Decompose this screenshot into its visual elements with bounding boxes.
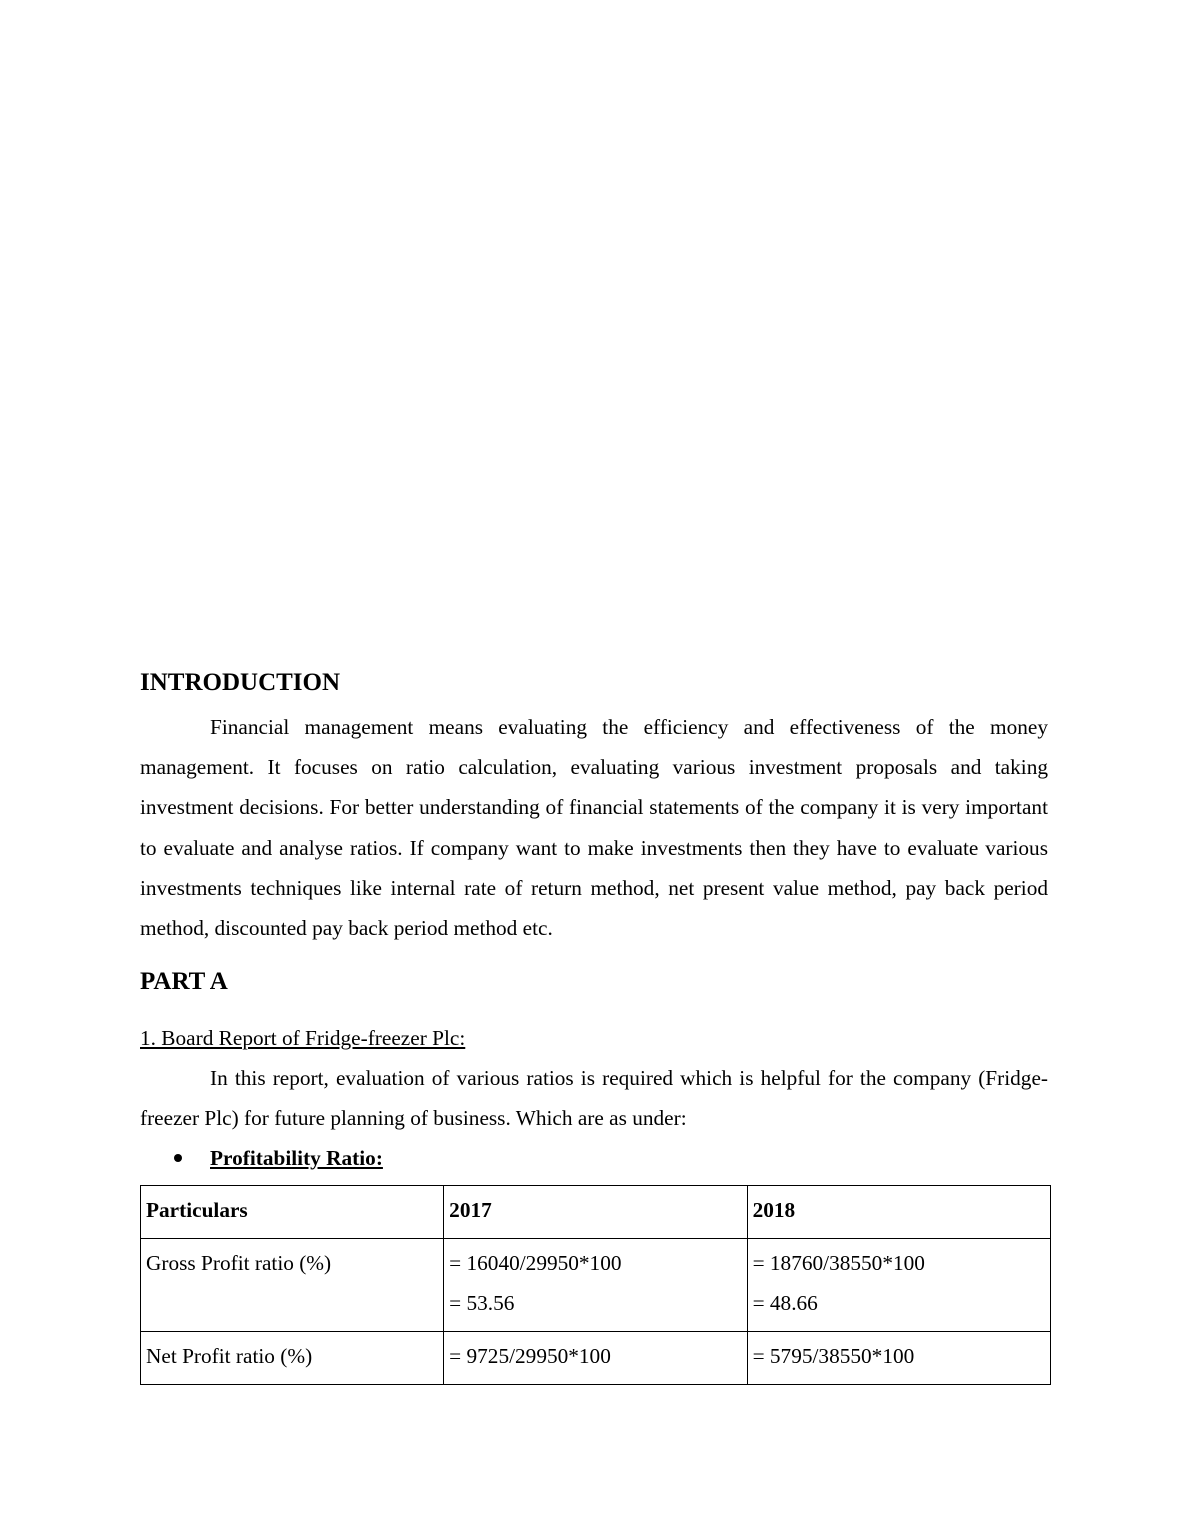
table-row: Gross Profit ratio (%) = 16040/29950*100… bbox=[141, 1239, 1051, 1332]
bullet-item-label: Profitability Ratio: bbox=[210, 1145, 383, 1171]
bullet-icon bbox=[174, 1154, 182, 1162]
board-report-section-title: 1. Board Report of Fridge-freezer Plc: bbox=[140, 1025, 465, 1051]
formula: = 5795/38550*100 bbox=[753, 1336, 1045, 1376]
board-report-paragraph: In this report, evaluation of various ra… bbox=[140, 1058, 1048, 1138]
cell-net-profit-2018: = 5795/38550*100 bbox=[747, 1332, 1050, 1385]
formula: = 9725/29950*100 bbox=[449, 1336, 741, 1376]
cell-gross-profit-2018: = 18760/38550*100 = 48.66 bbox=[747, 1239, 1050, 1332]
introduction-paragraph-text: Financial management means evaluating th… bbox=[140, 715, 1048, 940]
row-label-gross-profit: Gross Profit ratio (%) bbox=[141, 1239, 444, 1332]
introduction-paragraph: Financial management means evaluating th… bbox=[140, 707, 1048, 948]
cell-gross-profit-2017: = 16040/29950*100 = 53.56 bbox=[444, 1239, 747, 1332]
header-particulars: Particulars bbox=[141, 1186, 444, 1239]
formula: = 16040/29950*100 bbox=[449, 1243, 741, 1283]
board-report-paragraph-text: In this report, evaluation of various ra… bbox=[140, 1066, 1048, 1130]
header-2017: 2017 bbox=[444, 1186, 747, 1239]
formula: = 18760/38550*100 bbox=[753, 1243, 1045, 1283]
profitability-ratio-table: Particulars 2017 2018 Gross Profit ratio… bbox=[140, 1185, 1051, 1385]
result: = 48.66 bbox=[753, 1283, 1045, 1323]
part-a-heading: PART A bbox=[140, 967, 228, 997]
result: = 53.56 bbox=[449, 1283, 741, 1323]
row-label-net-profit: Net Profit ratio (%) bbox=[141, 1332, 444, 1385]
table-row: Net Profit ratio (%) = 9725/29950*100 = … bbox=[141, 1332, 1051, 1385]
header-2018: 2018 bbox=[747, 1186, 1050, 1239]
cell-net-profit-2017: = 9725/29950*100 bbox=[444, 1332, 747, 1385]
introduction-heading: INTRODUCTION bbox=[140, 668, 340, 698]
table-header-row: Particulars 2017 2018 bbox=[141, 1186, 1051, 1239]
